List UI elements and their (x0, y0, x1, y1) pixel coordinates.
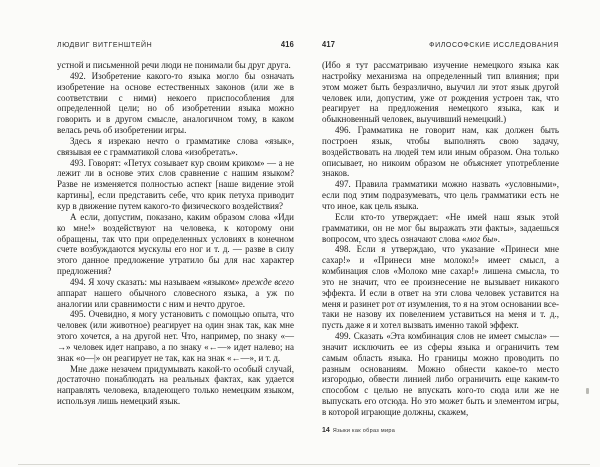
book-spread: ЛЮДВИГ ВИТГЕНШТЕЙН 416 устной и письменн… (0, 0, 600, 467)
paragraph: 497. Правила грамматики можно назвать «у… (322, 179, 559, 212)
paragraph: 494. Я хочу сказать: мы называем «языком… (57, 277, 294, 310)
right-page-number: 417 (322, 40, 335, 49)
left-running-header: ЛЮДВИГ ВИТГЕНШТЕЙН 416 (57, 40, 294, 49)
paragraph: Здесь я изрекаю нечто о грамматике слова… (57, 136, 294, 158)
scan-speck (586, 388, 589, 394)
right-page: 417 ФИЛОСОФСКИЕ ИССЛЕДОВАНИЯ (Ибо я тут … (322, 40, 559, 434)
paragraph: А если, допустим, показано, каким образо… (57, 212, 294, 277)
signature-title: Языки как образ мира (333, 428, 395, 434)
scan-bottom-edge (18, 464, 590, 465)
paragraph: 492. Изобретение какого-то языка могло б… (57, 71, 294, 136)
paragraph: Мне даже незачем придумывать какой-то ос… (57, 364, 294, 407)
left-page: ЛЮДВИГ ВИТГЕНШТЕЙН 416 устной и письменн… (57, 40, 294, 407)
author-header: ЛЮДВИГ ВИТГЕНШТЕЙН (57, 42, 152, 49)
paragraph: 496. Грамматика не говорит нам, как долж… (322, 125, 559, 179)
left-page-number: 416 (281, 40, 294, 49)
title-header: ФИЛОСОФСКИЕ ИССЛЕДОВАНИЯ (429, 42, 559, 49)
paragraph: (Ибо я тут рассматриваю изучение немецко… (322, 60, 559, 125)
left-body-text: устной и письменной речи люди не понимал… (57, 60, 294, 407)
right-body-text: (Ибо я тут рассматриваю изучение немецко… (322, 60, 559, 418)
paragraph: 493. Говорят: «Петух созывает кур своим … (57, 158, 294, 212)
right-running-header: 417 ФИЛОСОФСКИЕ ИССЛЕДОВАНИЯ (322, 40, 559, 49)
signature-number: 14 (322, 427, 330, 434)
footer-signature: 14 Языки как образ мира (322, 427, 559, 434)
paragraph: Если кто-то утверждает: «Не имей наш язы… (322, 212, 559, 245)
paragraph: 498. Если я утверждаю, что указание «При… (322, 244, 559, 331)
paragraph: 495. Очевидно, я могу установить с помощ… (57, 309, 294, 363)
paragraph: устной и письменной речи люди не понимал… (57, 60, 294, 71)
paragraph: 499. Сказать «Эта комбинация слов не име… (322, 331, 559, 418)
